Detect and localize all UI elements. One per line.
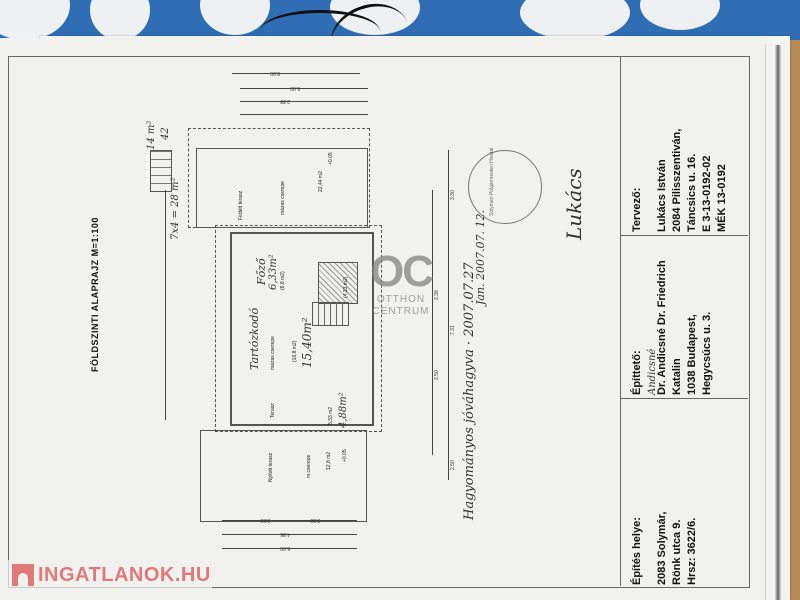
handwritten-calc: 42 xyxy=(160,127,171,140)
room-area: 5,33 m2 xyxy=(328,407,334,425)
dimension-line xyxy=(240,88,368,89)
designer-line: Táncsics u. 16. xyxy=(685,129,700,232)
client-line: Dr. Andicsné Dr. Friedrich xyxy=(655,260,670,395)
stamp-text: Solymári Polgármesteri Hivatal xyxy=(489,148,495,216)
dimension-line xyxy=(448,150,449,480)
dimension-line xyxy=(432,190,433,455)
dimension-value: 4.85 xyxy=(280,531,290,537)
level-marker: +0.05 xyxy=(328,152,334,165)
site-label: Építés helye: xyxy=(630,512,645,585)
designer-line: MÉK 13-0192 xyxy=(715,129,730,232)
site-block: Építés helye: 2083 Solymár, Rönk utca 9.… xyxy=(630,512,700,585)
plan-title: FÖLDSZINTI ALAPRAJZ M=1:100 xyxy=(90,217,100,372)
plot-line xyxy=(165,190,166,420)
watermark-logo: OC xyxy=(370,250,432,294)
title-block-divider xyxy=(620,56,621,586)
client-line: Hegycsúcs u. 3. xyxy=(700,260,715,395)
handwritten-room-name: Főző xyxy=(255,258,268,285)
ingatlanok-watermark: INGATLANOK.HU xyxy=(8,560,212,590)
watermark-line1: OTTHON xyxy=(370,294,432,306)
handwritten-date: Jan. 2007.07. 12. xyxy=(474,210,487,305)
client-line: 1038 Budapest, xyxy=(685,260,700,395)
dimension-value: 2.50 xyxy=(310,517,320,523)
title-block-divider xyxy=(620,235,748,236)
dimension-value: 2.50 xyxy=(434,370,440,380)
site-line: Hrsz: 3622/6. xyxy=(685,512,700,585)
paper-stack-edge xyxy=(775,45,781,600)
room-floor: mázas cserepe xyxy=(280,181,286,215)
dimension-value: 2.88 xyxy=(280,98,290,104)
dimension-line xyxy=(232,73,360,74)
room-label-covered-terrace: Fedett terasz xyxy=(238,191,244,220)
flower-petal xyxy=(90,0,150,40)
dimension-value: 2.50 xyxy=(450,460,456,470)
room-area: 22,44 m2 xyxy=(318,171,324,192)
handwritten-room-name: Tartózkodó xyxy=(248,308,261,370)
watermark-line2: CENTRUM xyxy=(370,306,432,318)
flower-petal xyxy=(0,0,70,40)
handwritten-calc: 14 m² xyxy=(146,121,157,150)
dimension-line xyxy=(240,101,368,102)
room-area: (8,8 m2) xyxy=(280,271,286,290)
dimension-value: 8.90 xyxy=(270,70,280,76)
house-icon xyxy=(12,564,34,586)
designer-line: 2084 Pilisszentiván, xyxy=(670,129,685,232)
site-line: Rönk utca 9. xyxy=(670,512,685,585)
client-block: Építtető: Andicsné Dr. Andicsné Dr. Frie… xyxy=(630,260,715,395)
dimension-value: 5.00 xyxy=(280,545,290,551)
handwritten-area: 4,88m² xyxy=(338,392,349,428)
flower-petal xyxy=(520,0,630,40)
room-area: 12,8 m2 xyxy=(326,452,332,470)
staircase xyxy=(312,302,349,326)
dimension-value: 5.00 xyxy=(290,85,300,91)
dimension-value: 7.31 xyxy=(450,325,456,335)
designer-line: E 3-13-0192-02 xyxy=(700,129,715,232)
flower-petal xyxy=(640,0,720,30)
eaves-outline xyxy=(215,225,382,432)
client-label: Építtető: xyxy=(630,260,645,395)
handwritten-calc: 7x4 = 28 m² xyxy=(170,178,181,241)
designer-line: Lukács István xyxy=(655,129,670,232)
room-floor: m.cserepe xyxy=(306,455,312,478)
signature: Lukács xyxy=(562,168,586,240)
dimension-line xyxy=(240,114,368,115)
handwritten-area: 6,33m² xyxy=(268,254,279,290)
client-handwriting: Andicsné xyxy=(645,260,655,395)
site-name: INGATLANOK.HU xyxy=(38,564,211,587)
room-area: (16,8 m2) xyxy=(292,341,298,362)
official-stamp: Solymári Polgármesteri Hivatal xyxy=(468,150,542,224)
dimension-line xyxy=(222,520,357,521)
level-marker: +0.05 xyxy=(342,449,348,462)
site-line: 2083 Solymár, xyxy=(655,512,670,585)
room-area: (4,33 m2) xyxy=(343,277,349,298)
designer-label: Tervező: xyxy=(630,129,645,232)
client-line: Katalin xyxy=(670,260,685,395)
handwritten-area: 15,40m² xyxy=(300,317,314,368)
room-label-terrace: Terasz xyxy=(270,403,276,418)
open-terrace xyxy=(200,430,367,522)
designer-block: Tervező: Lukács István 2084 Pilisszentiv… xyxy=(630,129,730,232)
bathroom-fixtures xyxy=(318,262,358,304)
exterior-stairs xyxy=(150,150,172,192)
dimension-value: 2.50 xyxy=(260,517,270,523)
dimension-value: 2.38 xyxy=(434,290,440,300)
dimension-value: 3.30 xyxy=(450,190,456,200)
room-label-living: mázas cserepe xyxy=(270,336,276,370)
room-label-open-terrace: Nyitott terasz xyxy=(268,453,274,482)
title-block-divider xyxy=(620,398,748,399)
otthon-centrum-watermark: OC OTTHON CENTRUM xyxy=(370,250,432,318)
